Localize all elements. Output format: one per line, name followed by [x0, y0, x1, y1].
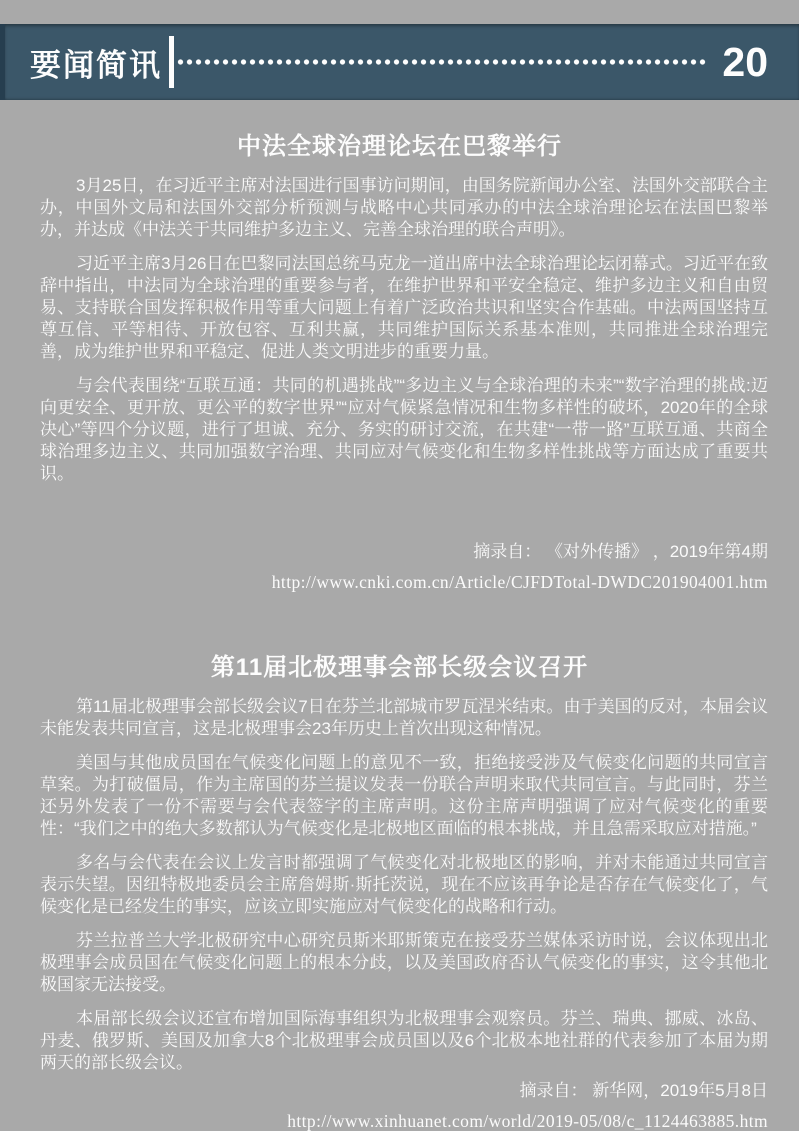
article-paragraph: 与会代表围绕“互联互通：共同的机遇挑战”“多边主义与全球治理的未来”“数字治理的…	[40, 375, 768, 485]
source-label: 摘录自： 新华网，2019年5月8日	[40, 1080, 768, 1102]
article-title: 中法全球治理论坛在巴黎举行	[31, 126, 768, 161]
page-header: 要闻简讯 20	[0, 24, 799, 100]
source-attribution: 摘录自： 《对外传播》 ，2019年第4期 http://www.cnki.co…	[40, 541, 768, 593]
article-paragraph: 美国与其他成员国在气候变化问题上的意见不一致，拒绝接受涉及气候变化问题的共同宣言…	[40, 752, 768, 840]
source-url-link[interactable]: http://www.xinhuanet.com/world/2019-05/0…	[40, 1110, 768, 1131]
article-paragraph: 本届部长级会议还宣布增加国际海事组织为北极理事会观察员。芬兰、瑞典、挪威、冰岛、…	[40, 1008, 768, 1074]
source-label: 摘录自： 《对外传播》 ，2019年第4期	[40, 541, 768, 563]
article-arctic-council-meeting: 第11届北极理事会部长级会议召开 第11届北极理事会部长级会议7日在芬兰北部城市…	[0, 647, 799, 1131]
article-paragraph: 第11届北极理事会部长级会议7日在芬兰北部城市罗瓦涅米结束。由于美国的反对，本届…	[40, 696, 768, 740]
article-china-france-forum: 中法全球治理论坛在巴黎举行 3月25日，在习近平主席对法国进行国事访问期间，由国…	[0, 126, 799, 593]
article-title: 第11届北极理事会部长级会议召开	[31, 647, 768, 682]
dotted-leader-icon	[176, 52, 706, 72]
section-title: 要闻简讯	[30, 40, 162, 85]
newsletter-page: { "header": { "section_title": "要闻简讯", "…	[0, 0, 799, 1131]
page-number: 20	[722, 42, 768, 83]
article-paragraph: 习近平主席3月26日在巴黎同法国总统马克龙一道出席中法全球治理论坛闭幕式。习近平…	[40, 253, 768, 363]
article-paragraph: 3月25日，在习近平主席对法国进行国事访问期间，由国务院新闻办公室、法国外交部联…	[40, 175, 768, 241]
article-paragraph: 芬兰拉普兰大学北极研究中心研究员斯米耶斯策克在接受芬兰媒体采访时说，会议体现出北…	[40, 930, 768, 996]
divider-bar-icon	[169, 36, 174, 88]
source-attribution: 摘录自： 新华网，2019年5月8日 http://www.xinhuanet.…	[40, 1080, 768, 1131]
source-url-link[interactable]: http://www.cnki.com.cn/Article/CJFDTotal…	[40, 571, 768, 593]
article-paragraph: 多名与会代表在会议上发言时都强调了气候变化对北极地区的影响，并对未能通过共同宣言…	[40, 852, 768, 918]
